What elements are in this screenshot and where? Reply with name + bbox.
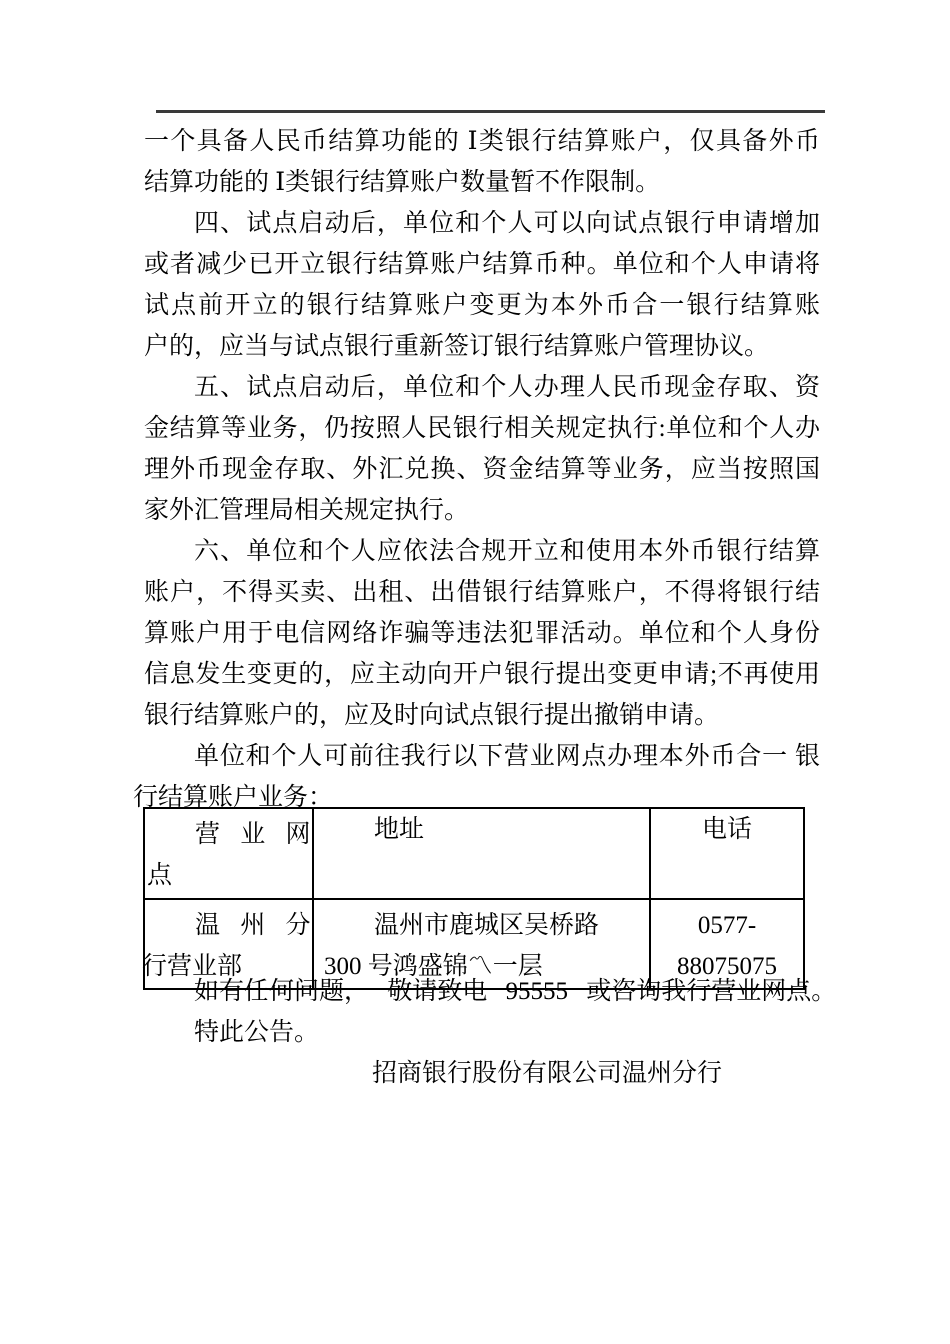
text-line: 或者减少已开立银行结算账户结算币种。单位和个人申请将 — [144, 244, 820, 285]
text-line: 家外汇管理局相关规定执行。 — [144, 490, 820, 531]
text-line: 结算功能的 Ⅰ类银行结算账户数量暂不作限制。 — [144, 162, 820, 203]
notice-line: 特此公告。 — [144, 1012, 319, 1053]
text-line: 五、试点启动后，单位和个人办理人民币现金存取、资 — [144, 367, 820, 408]
text-line: 单位和个人可前往我行以下营业网点办理本外币合一 银 — [144, 736, 820, 777]
body-text: 一个具备人民币结算功能的 Ⅰ类银行结算账户，仅具备外币 结算功能的 Ⅰ类银行结算… — [144, 121, 820, 818]
branch-name-line1: 温 州 分 — [145, 905, 312, 946]
header-branch-line1: 营 业 网 — [145, 814, 312, 855]
text-line: 试点前开立的银行结算账户变更为本外币合一银行结算账 — [144, 285, 820, 326]
text-line: 六、单位和个人应依法合规开立和使用本外币银行结算 — [144, 531, 820, 572]
header-branch-line2: 点 — [145, 855, 312, 896]
header-cell-phone: 电话 — [650, 808, 804, 899]
text-line: 算账户用于电信网络诈骗等违法犯罪活动。单位和个人身份 — [144, 613, 820, 654]
text-line: 一个具备人民币结算功能的 Ⅰ类银行结算账户，仅具备外币 — [144, 121, 820, 162]
top-divider-rule — [156, 110, 825, 113]
text-line: 金结算等业务，仍按照人民银行相关规定执行:单位和个人办 — [144, 408, 820, 449]
text-line: 户的，应当与试点银行重新签订银行结算账户管理协议。 — [144, 326, 820, 367]
document-page: 一个具备人民币结算功能的 Ⅰ类银行结算账户，仅具备外币 结算功能的 Ⅰ类银行结算… — [0, 0, 950, 1344]
header-phone-label: 电话 — [651, 809, 803, 850]
contact-line: 如有任何问题， 敬请致电 95555 或咨询我行营业网点。 — [144, 971, 836, 1012]
branch-address-line1: 温州市鹿城区吴桥路 — [314, 905, 649, 946]
header-cell-address: 地址 — [313, 808, 650, 899]
signature-line: 招商银行股份有限公司温州分行 — [372, 1053, 722, 1094]
branch-table: 营 业 网 点 地址 电话 温 州 分 行营业部 温州市鹿城区吴桥路 — [143, 807, 805, 990]
branch-phone-line1: 0577- — [651, 905, 803, 946]
text-line: 账户，不得买卖、出租、出借银行结算账户，不得将银行结 — [144, 572, 820, 613]
header-address-label: 地址 — [314, 809, 649, 850]
text-line: 信息发生变更的，应主动向开户银行提出变更申请;不再使用 — [144, 654, 820, 695]
table-header-row: 营 业 网 点 地址 电话 — [144, 808, 804, 899]
text-line: 理外币现金存取、外汇兑换、资金结算等业务，应当按照国 — [144, 449, 820, 490]
text-line: 四、试点启动后，单位和个人可以向试点银行申请增加 — [144, 203, 820, 244]
header-cell-branch: 营 业 网 点 — [144, 808, 313, 899]
text-line: 银行结算账户的，应及时向试点银行提出撤销申请。 — [144, 695, 820, 736]
